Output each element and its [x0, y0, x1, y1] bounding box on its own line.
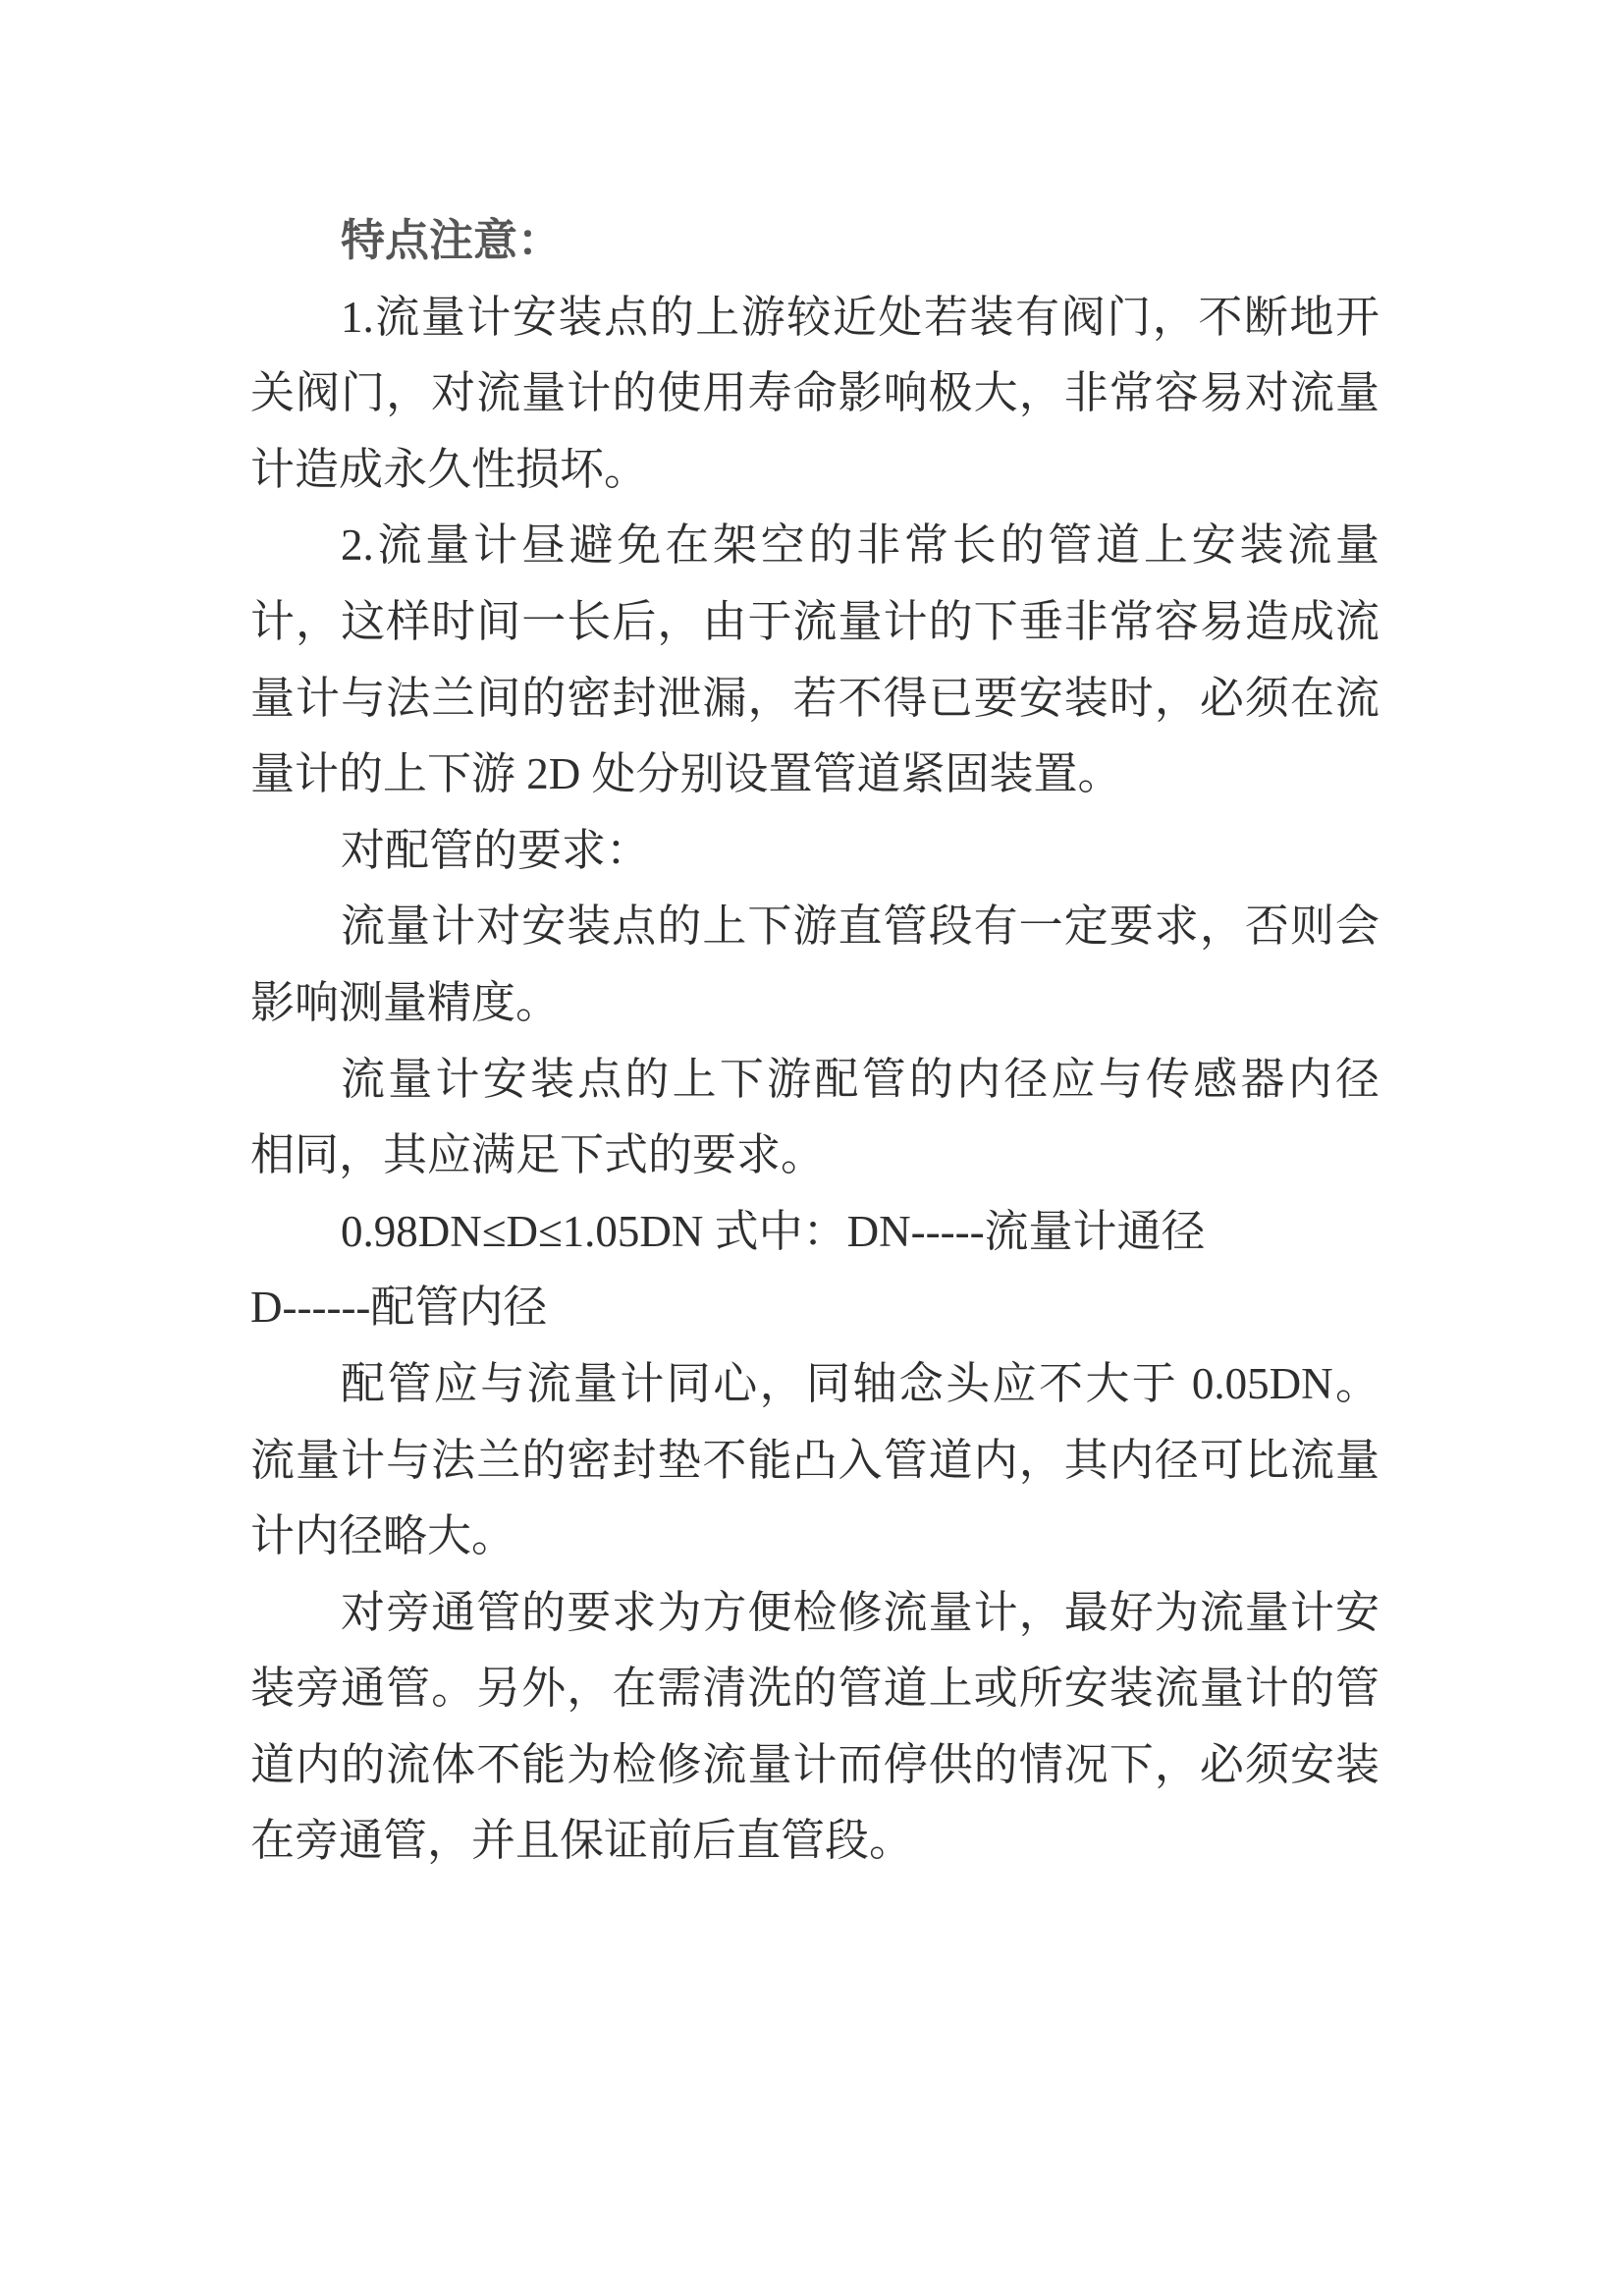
document-page: 特点注意：1.流量计安装点的上游较近处若装有阀门，不断地开关阀门，对流量计的使用… — [0, 0, 1623, 2296]
text-line: 在旁通管，并且保证前后直管段。 — [250, 1803, 1380, 1880]
text-line: 计，这样时间一长后，由于流量计的下垂非常容易造成流 — [250, 584, 1380, 661]
text-line: 流量计对安装点的上下游直管段有一定要求，否则会 — [250, 889, 1380, 965]
text-line: 计造成永久性损坏。 — [250, 432, 1380, 509]
text-line: 0.98DN≤D≤1.05DN 式中：DN-----流量计通径 — [250, 1194, 1380, 1271]
text-line: 量计与法兰间的密封泄漏，若不得已要安装时，必须在流 — [250, 661, 1380, 738]
text-line: 配管应与流量计同心，同轴念头应不大于 0.05DN。 — [250, 1346, 1380, 1423]
section-heading: 特点注意： — [250, 203, 1380, 280]
text-line: 流量计安装点的上下游配管的内径应与传感器内径 — [250, 1042, 1380, 1119]
text-line: 1.流量计安装点的上游较近处若装有阀门，不断地开 — [250, 280, 1380, 356]
text-line: 计内径略大。 — [250, 1499, 1380, 1575]
text-line: 影响测量精度。 — [250, 965, 1380, 1042]
text-line: 对配管的要求： — [250, 813, 1380, 890]
text-line: 道内的流体不能为检修流量计而停供的情况下，必须安装 — [250, 1727, 1380, 1804]
text-line: 流量计与法兰的密封垫不能凸入管道内，其内径可比流量 — [250, 1423, 1380, 1500]
text-line: D------配管内径 — [250, 1270, 1380, 1346]
text-line: 量计的上下游 2D 处分别设置管道紧固装置。 — [250, 737, 1380, 813]
text-line: 相同，其应满足下式的要求。 — [250, 1118, 1380, 1194]
text-line: 对旁通管的要求为方便检修流量计，最好为流量计安 — [250, 1575, 1380, 1652]
document-text-block: 特点注意：1.流量计安装点的上游较近处若装有阀门，不断地开关阀门，对流量计的使用… — [250, 203, 1380, 1880]
text-line: 装旁通管。另外，在需清洗的管道上或所安装流量计的管 — [250, 1651, 1380, 1727]
text-line: 2.流量计昼避免在架空的非常长的管道上安装流量 — [250, 508, 1380, 584]
text-line: 关阀门，对流量计的使用寿命影响极大，非常容易对流量 — [250, 355, 1380, 432]
